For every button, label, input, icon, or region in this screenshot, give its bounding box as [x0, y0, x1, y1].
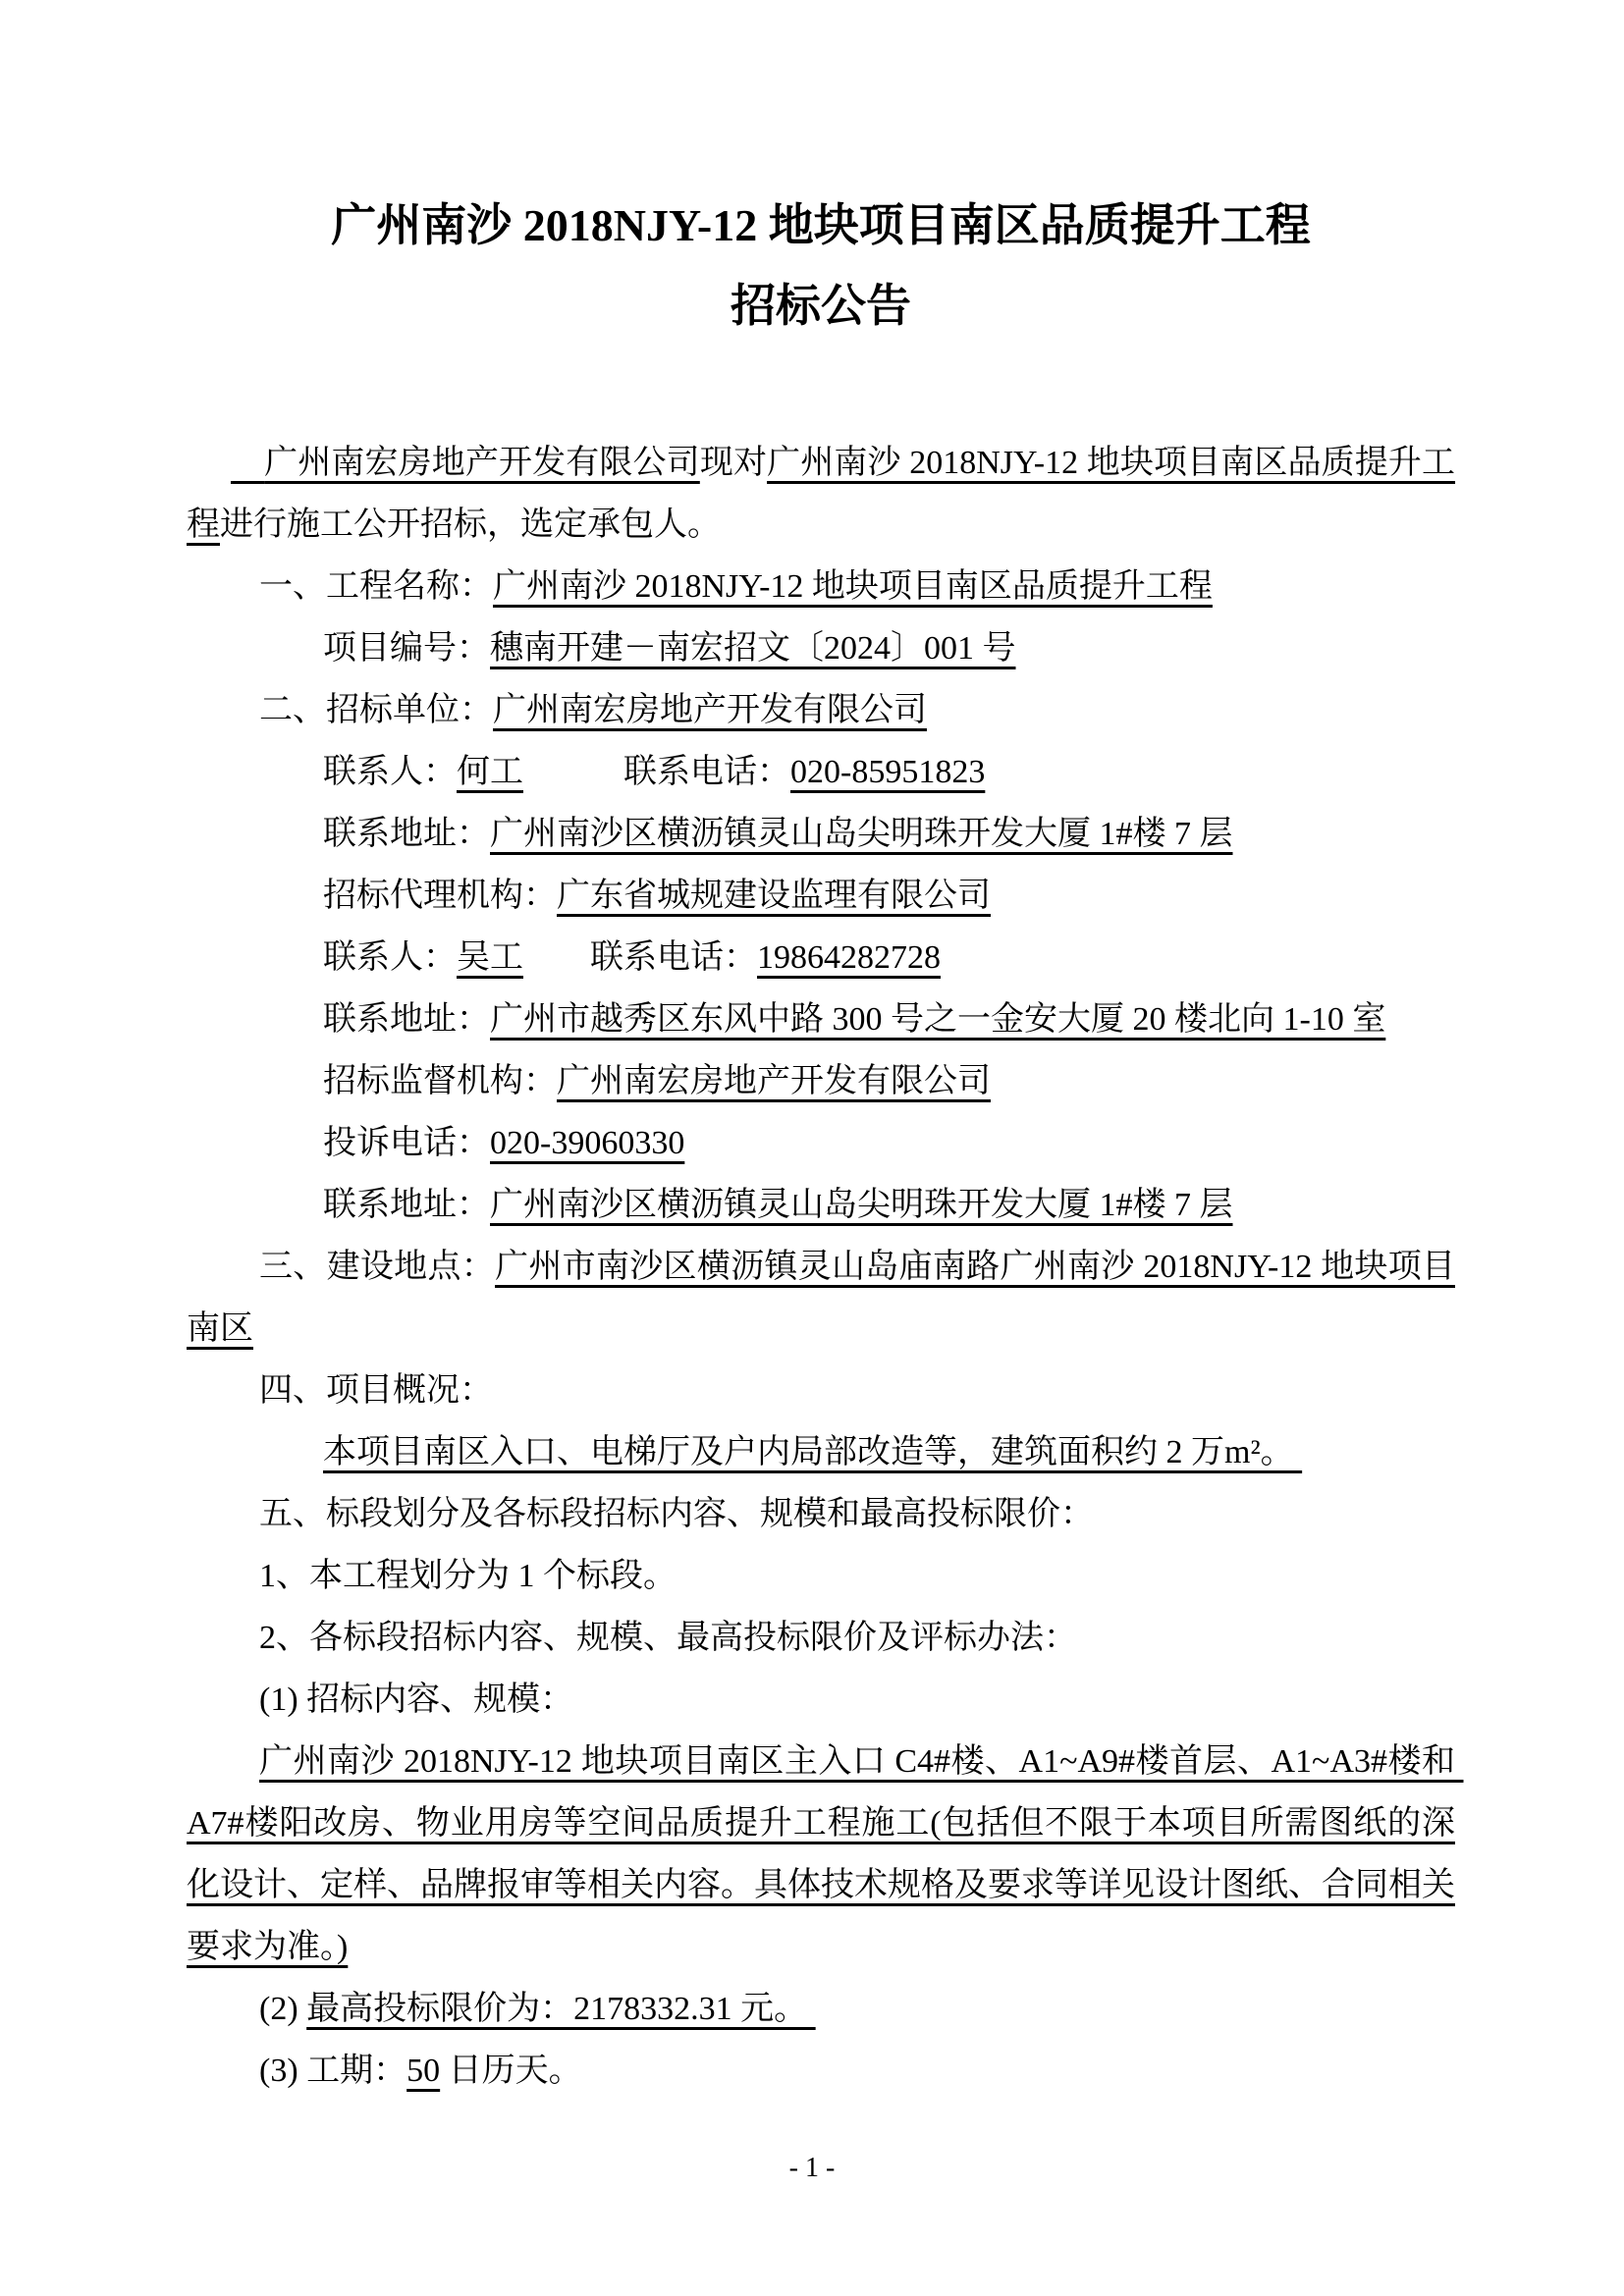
text-segment: 五、标段划分及各标段招标内容、规模和最高投标限价：	[259, 1496, 1094, 1532]
text-segment: 一、工程名称：	[259, 568, 493, 605]
paragraph-line: 1、本工程划分为 1 个标段。	[187, 1545, 1455, 1607]
paragraph-line: 四、项目概况：	[187, 1360, 1455, 1421]
text-segment: 联系电话：	[623, 754, 790, 790]
underlined-text: 广州南宏房地产开发有限公司	[493, 692, 927, 728]
paragraph-line: 五、标段划分及各标段招标内容、规模和最高投标限价：	[187, 1483, 1455, 1545]
underlined-text: 广州南沙 2018NJY-12 地块项目南区主入口 C4#楼、A1~A9#楼首层…	[187, 1743, 1464, 1965]
underlined-text: 广州南宏房地产开发有限公司	[557, 1063, 991, 1099]
underlined-text: 穗南开建－南宏招文〔2024〕001 号	[490, 630, 1016, 667]
underlined-text: 最高投标限价为：2178332.31 元。	[306, 1991, 816, 2027]
paragraph-line: 联系地址：广州南沙区横沥镇灵山岛尖明珠开发大厦 1#楼 7 层	[187, 803, 1455, 865]
paragraph-line: 项目编号：穗南开建－南宏招文〔2024〕001 号	[187, 617, 1455, 679]
underlined-text: 50	[406, 2053, 440, 2089]
text-segment: 联系电话：	[590, 939, 757, 976]
underlined-text: 19864282728	[757, 939, 941, 976]
text-segment: 招标代理机构：	[323, 878, 557, 914]
text-segment: 2、各标段招标内容、规模、最高投标限价及评标办法：	[259, 1620, 1077, 1656]
paragraph-line: (2) 最高投标限价为：2178332.31 元。	[187, 1978, 1455, 2040]
underlined-text: 广州市越秀区东风中路 300 号之一金安大厦 20 楼北向 1-10 室	[490, 1001, 1385, 1038]
underlined-text: 广州南沙区横沥镇灵山岛尖明珠开发大厦 1#楼 7 层	[490, 1187, 1233, 1223]
paragraph-line: (1) 招标内容、规模：	[187, 1669, 1455, 1731]
text-segment: 日历天。	[440, 2053, 582, 2089]
underlined-text: 何工	[457, 754, 523, 790]
text-segment: (3) 工期：	[259, 2053, 406, 2089]
underlined-text: 吴工	[457, 939, 523, 976]
text-segment: 招标监督机构：	[323, 1063, 557, 1099]
document-title: 广州南沙 2018NJY-12 地块项目南区品质提升工程	[187, 198, 1455, 253]
underlined-text: 020-39060330	[490, 1125, 684, 1161]
underlined-text	[231, 445, 264, 481]
text-segment	[523, 939, 590, 976]
text-segment: 联系地址：	[323, 1001, 490, 1038]
paragraph-line: 广州南沙 2018NJY-12 地块项目南区主入口 C4#楼、A1~A9#楼首层…	[187, 1731, 1455, 1978]
document-page: 广州南沙 2018NJY-12 地块项目南区品质提升工程 招标公告 广州南宏房地…	[0, 0, 1624, 2296]
text-segment: 项目编号：	[323, 630, 490, 667]
text-segment: 联系人：	[323, 754, 457, 790]
paragraph-line: (3) 工期：50 日历天。	[187, 2040, 1455, 2102]
underlined-text: 本项目南区入口、电梯厅及户内局部改造等，建筑面积约 2 万m²。	[323, 1434, 1302, 1470]
document-body: 广州南宏房地产开发有限公司现对广州南沙 2018NJY-12 地块项目南区品质提…	[187, 432, 1455, 2102]
text-segment: 四、项目概况：	[259, 1372, 493, 1409]
paragraph-line: 广州南宏房地产开发有限公司现对广州南沙 2018NJY-12 地块项目南区品质提…	[187, 432, 1455, 556]
paragraph-line: 联系人：何工 联系电话：020-85951823	[187, 741, 1455, 803]
text-segment: 三、建设地点：	[259, 1249, 495, 1285]
document-subtitle: 招标公告	[187, 279, 1455, 334]
document-content: 广州南沙 2018NJY-12 地块项目南区品质提升工程 招标公告 广州南宏房地…	[187, 0, 1455, 2102]
paragraph-line: 联系人：吴工 联系电话：19864282728	[187, 927, 1455, 988]
text-segment: 投诉电话：	[323, 1125, 490, 1161]
text-segment: 1、本工程划分为 1 个标段。	[259, 1558, 677, 1594]
underlined-text: 广州南沙区横沥镇灵山岛尖明珠开发大厦 1#楼 7 层	[490, 816, 1233, 852]
underlined-text: 020-85951823	[790, 754, 985, 790]
text-segment: 联系人：	[323, 939, 457, 976]
paragraph-line: 本项目南区入口、电梯厅及户内局部改造等，建筑面积约 2 万m²。	[187, 1421, 1455, 1483]
text-segment	[523, 754, 623, 790]
paragraph-line: 投诉电话：020-39060330	[187, 1112, 1455, 1174]
text-segment: (2)	[259, 1991, 306, 2027]
paragraph-line: 招标代理机构：广东省城规建设监理有限公司	[187, 865, 1455, 927]
paragraph-line: 2、各标段招标内容、规模、最高投标限价及评标办法：	[187, 1607, 1455, 1669]
text-segment: 进行施工公开招标，选定承包人。	[220, 507, 721, 543]
text-segment: 二、招标单位：	[259, 692, 493, 728]
text-segment: 现对	[700, 445, 767, 481]
text-segment: (1) 招标内容、规模：	[259, 1682, 573, 1718]
paragraph-line: 三、建设地点：广州市南沙区横沥镇灵山岛庙南路广州南沙 2018NJY-12 地块…	[187, 1236, 1455, 1360]
page-number: - 1 -	[0, 2152, 1624, 2185]
paragraph-line: 联系地址：广州市越秀区东风中路 300 号之一金安大厦 20 楼北向 1-10 …	[187, 988, 1455, 1050]
text-segment: 联系地址：	[323, 816, 490, 852]
paragraph-line: 一、工程名称：广州南沙 2018NJY-12 地块项目南区品质提升工程	[187, 556, 1455, 617]
text-segment: 联系地址：	[323, 1187, 490, 1223]
paragraph-line: 招标监督机构：广州南宏房地产开发有限公司	[187, 1050, 1455, 1112]
underlined-text: 广州南沙 2018NJY-12 地块项目南区品质提升工程	[493, 568, 1213, 605]
paragraph-line: 联系地址：广州南沙区横沥镇灵山岛尖明珠开发大厦 1#楼 7 层	[187, 1174, 1455, 1236]
paragraph-line: 二、招标单位：广州南宏房地产开发有限公司	[187, 679, 1455, 741]
underlined-text: 广州南宏房地产开发有限公司	[264, 445, 700, 481]
underlined-text: 广东省城规建设监理有限公司	[557, 878, 991, 914]
